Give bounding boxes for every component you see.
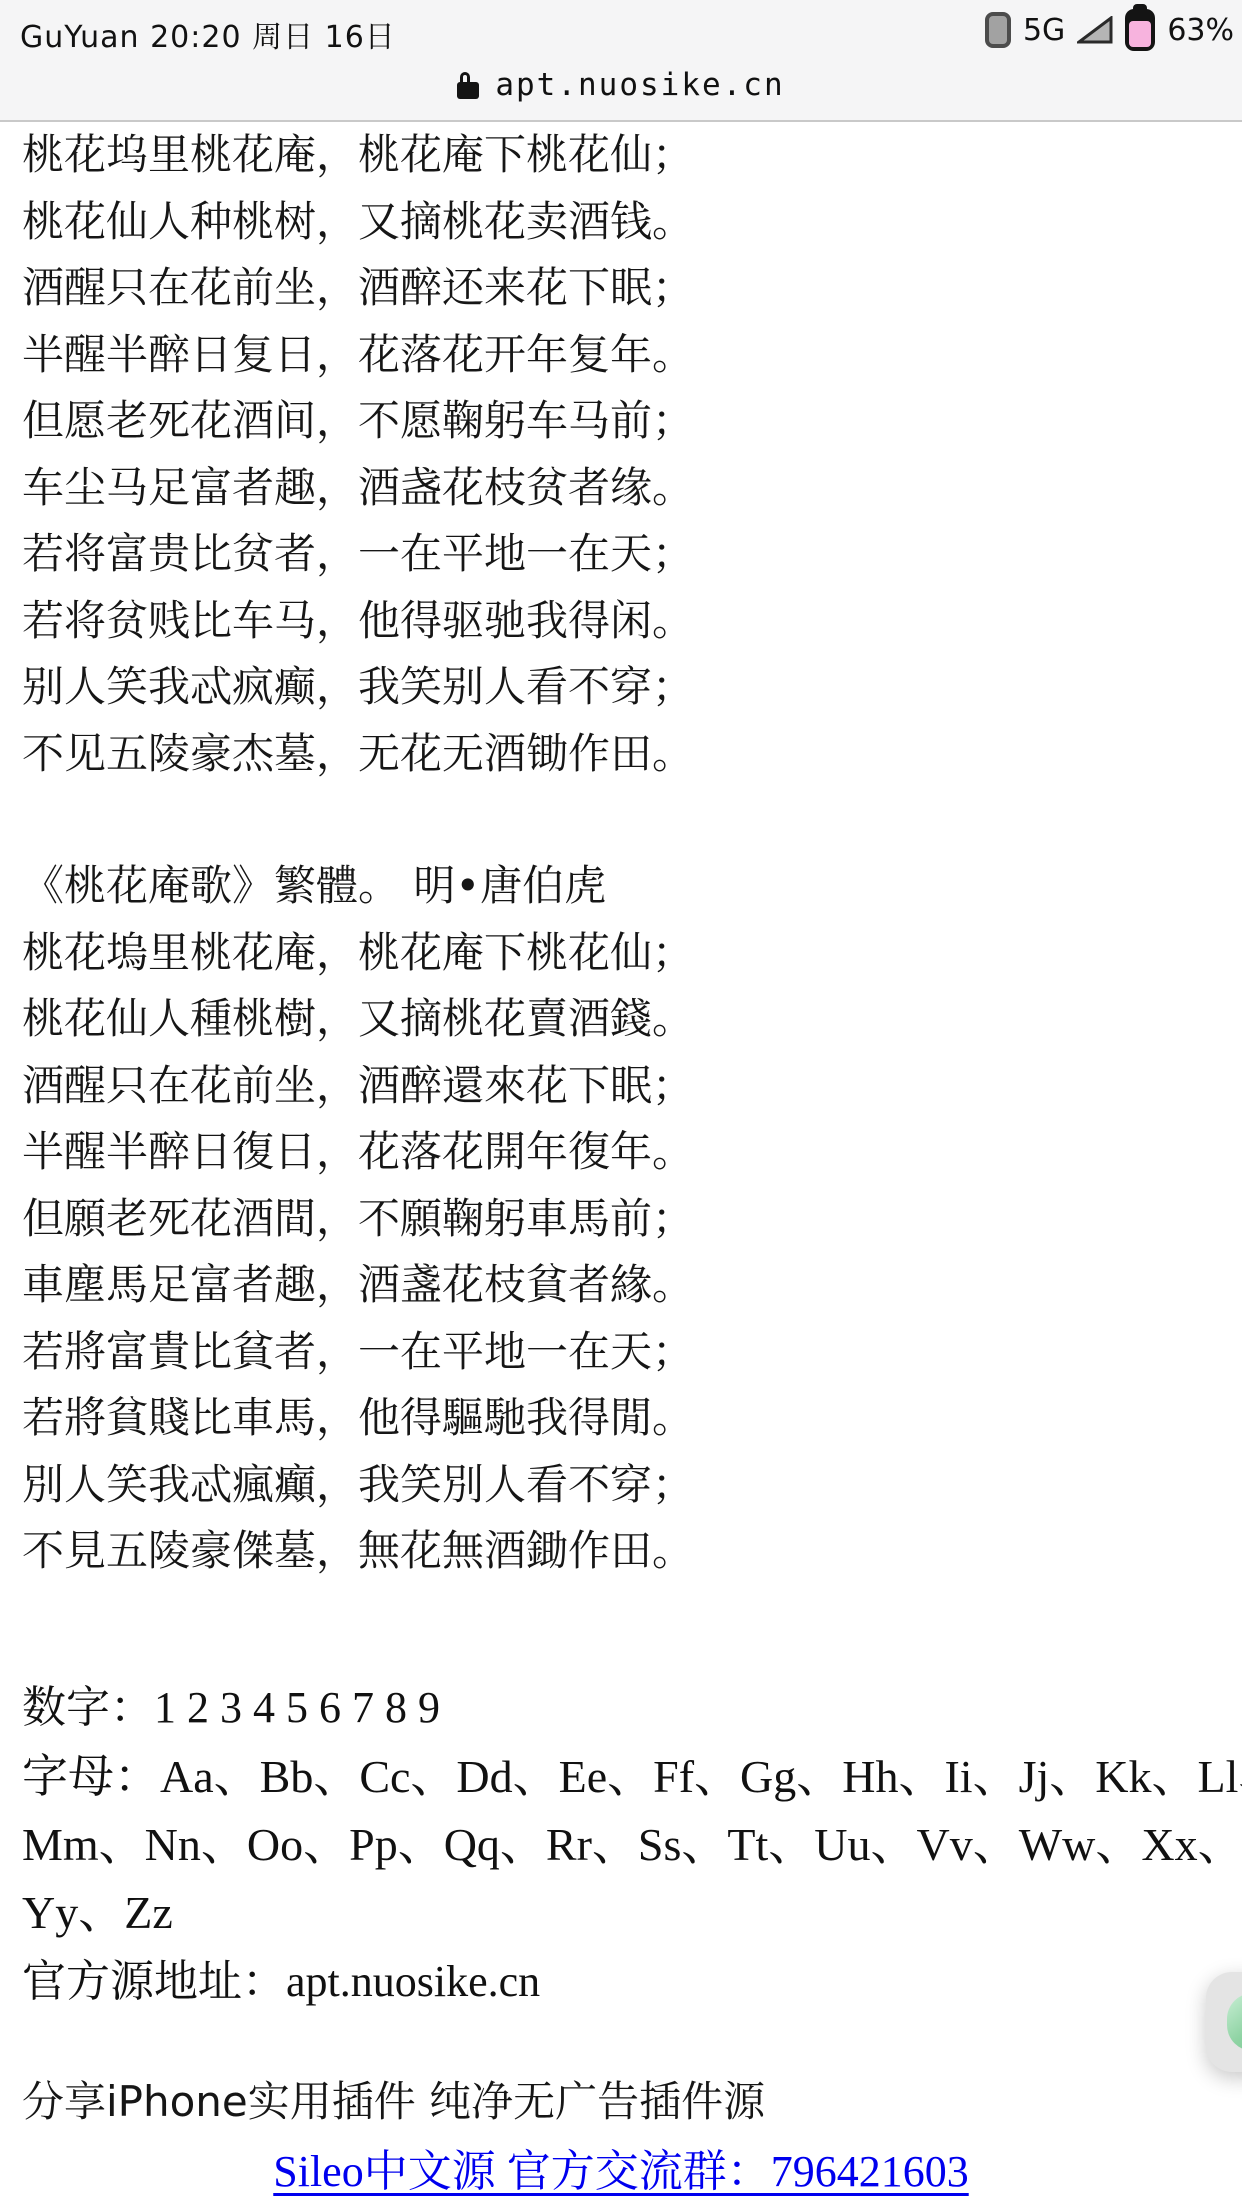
device-icon (985, 12, 1011, 48)
page-content: 桃花坞里桃花庵，桃花庵下桃花仙； 桃花仙人种桃树，又摘桃花卖酒钱。 酒醒只在花前… (0, 122, 1242, 2207)
status-and-address-bar: GuYuan 20:20 周日 16日 5G 63% apt.nuosike.c… (0, 0, 1242, 122)
poem-simplified-line: 若将贫贱比车马，他得驱驰我得闲。 (0, 588, 1242, 655)
poem-traditional-line: 若將貧賤比車馬，他得驅馳我得閒。 (0, 1385, 1242, 1452)
numbers-sample-line: 数字：1 2 3 4 5 6 7 8 9 (0, 1673, 1242, 1743)
poem-traditional-line: 桃花塢里桃花庵，桃花庵下桃花仙； (0, 920, 1242, 987)
poem-traditional-line: 別人笑我忒瘋癲，我笑別人看不穿； (0, 1452, 1242, 1519)
battery-fill (1129, 21, 1151, 47)
letters-sample-line: 字母：Aa、Bb、Cc、Dd、Ee、Ff、Gg、Hh、Ii、Jj、Kk、Ll、 (0, 1743, 1242, 1811)
floating-widget-button[interactable] (1206, 1972, 1242, 2072)
poem-traditional-line: 桃花仙人種桃樹，又摘桃花賣酒錢。 (0, 986, 1242, 1053)
signal-strength-icon (1077, 16, 1113, 44)
poem-simplified-line: 若将富贵比贫者，一在平地一在天； (0, 521, 1242, 588)
poem-traditional-line: 不見五陵豪傑墓，無花無酒鋤作田。 (0, 1518, 1242, 1585)
widget-green-pill (1227, 1993, 1242, 2051)
poem-simplified-line: 别人笑我忒疯癫，我笑别人看不穿； (0, 654, 1242, 721)
poem-simplified-line: 车尘马足富者趣，酒盏花枝贫者缘。 (0, 455, 1242, 522)
status-right-cluster: 5G 63% (985, 6, 1234, 54)
footer-link-line: Sileo中文源 官方交流群：796421603 (0, 2137, 1242, 2207)
poem-simplified-line: 酒醒只在花前坐，酒醉还来花下眠； (0, 255, 1242, 322)
battery-icon (1125, 9, 1155, 51)
poem-traditional-line: 若將富貴比貧者，一在平地一在天； (0, 1319, 1242, 1386)
address-bar[interactable]: apt.nuosike.cn (0, 50, 1242, 120)
blank-line (0, 787, 1242, 853)
share-description-line: 分享iPhone实用插件 纯净无广告插件源 (0, 2067, 1242, 2137)
blank-line (0, 1585, 1242, 1673)
poem-simplified-line: 桃花坞里桃花庵，桃花庵下桃花仙； (0, 122, 1242, 189)
letters-sample-line: Mm、Nn、Oo、Pp、Qq、Rr、Ss、Tt、Uu、Vv、Ww、Xx、 (0, 1811, 1242, 1879)
letters-sample-line: Yy、Zz (0, 1879, 1242, 1947)
network-type-label: 5G (1023, 13, 1065, 48)
lock-icon (457, 82, 479, 99)
address-bar-domain: apt.nuosike.cn (495, 67, 784, 103)
poem-simplified-line: 桃花仙人种桃树，又摘桃花卖酒钱。 (0, 189, 1242, 256)
poem-traditional-line: 酒醒只在花前坐，酒醉還來花下眠； (0, 1053, 1242, 1120)
traditional-section-header: 《桃花庵歌》繁體。 明•唐伯虎 (0, 853, 1242, 920)
poem-traditional-line: 半醒半醉日復日，花落花開年復年。 (0, 1119, 1242, 1186)
sileo-group-link[interactable]: Sileo中文源 官方交流群：796421603 (273, 2147, 968, 2196)
blank-line (0, 2017, 1242, 2067)
poem-simplified-line: 不见五陵豪杰墓，无花无酒锄作田。 (0, 721, 1242, 788)
browser-page: GuYuan 20:20 周日 16日 5G 63% apt.nuosike.c… (0, 0, 1242, 2208)
poem-traditional-line: 但願老死花酒間，不願鞠躬車馬前； (0, 1186, 1242, 1253)
poem-simplified-line: 半醒半醉日复日，花落花开年复年。 (0, 322, 1242, 389)
battery-percent-label: 63% (1167, 13, 1234, 48)
official-source-line: 官方源地址：apt.nuosike.cn (0, 1947, 1242, 2017)
poem-simplified-line: 但愿老死花酒间，不愿鞠躬车马前； (0, 388, 1242, 455)
poem-traditional-line: 車塵馬足富者趣，酒盞花枝貧者緣。 (0, 1252, 1242, 1319)
